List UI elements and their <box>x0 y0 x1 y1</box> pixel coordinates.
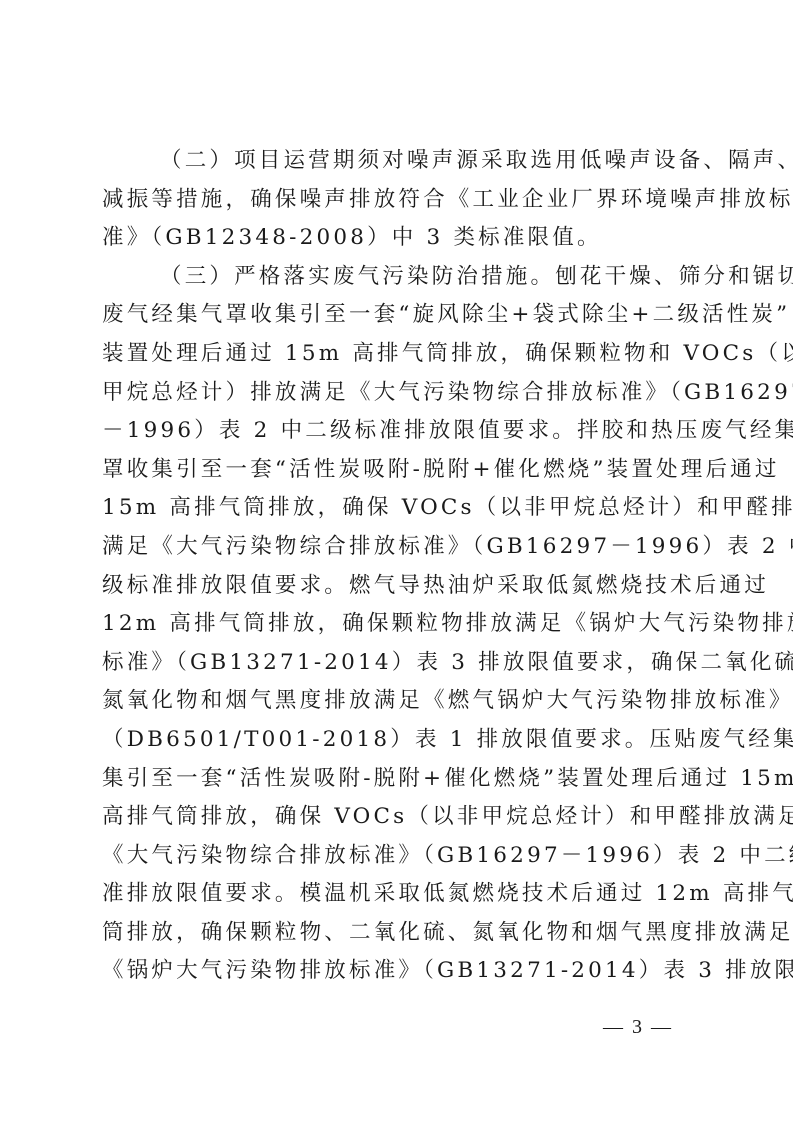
text-line: 罩收集引至一套“活性炭吸附-脱附+催化燃烧”装置处理后通过 <box>102 451 694 490</box>
text-line: （二）项目运营期须对噪声源采取选用低噪声设备、隔声、 <box>102 142 694 181</box>
text-line: 《大气污染物综合排放标准》（GB16297－1996）表 2 中二级标 <box>102 837 694 876</box>
document-page: （二）项目运营期须对噪声源采取选用低噪声设备、隔声、 减振等措施，确保噪声排放符… <box>102 142 694 991</box>
text-line: 标准》（GB13271-2014）表 3 排放限值要求，确保二氧化硫、 <box>102 644 694 683</box>
text-line: 装置处理后通过 15m 高排气筒排放，确保颗粒物和 VOCs（以非 <box>102 335 694 374</box>
page-number: — 3 — <box>603 1016 673 1039</box>
text-line: －1996）表 2 中二级标准排放限值要求。拌胶和热压废气经集气 <box>102 412 694 451</box>
text-line: 12m 高排气筒排放，确保颗粒物排放满足《锅炉大气污染物排放 <box>102 605 694 644</box>
text-line: 集引至一套“活性炭吸附-脱附+催化燃烧”装置处理后通过 15m <box>102 760 694 799</box>
text-line: 甲烷总烃计）排放满足《大气污染物综合排放标准》（GB16297 <box>102 374 694 413</box>
text-line: 满足《大气污染物综合排放标准》（GB16297－1996）表 2 中二 <box>102 528 694 567</box>
paragraph-exhaust-gas-control: （三）严格落实废气污染防治措施。刨花干燥、筛分和锯切 废气经集气罩收集引至一套“… <box>102 258 694 991</box>
text-line: （三）严格落实废气污染防治措施。刨花干燥、筛分和锯切 <box>102 258 694 297</box>
text-line: 《锅炉大气污染物排放标准》（GB13271-2014）表 3 排放限值 <box>102 952 694 991</box>
text-line: 15m 高排气筒排放，确保 VOCs（以非甲烷总烃计）和甲醛排放 <box>102 489 694 528</box>
text-line: 废气经集气罩收集引至一套“旋风除尘+袋式除尘+二级活性炭” <box>102 296 694 335</box>
paragraph-noise-control: （二）项目运营期须对噪声源采取选用低噪声设备、隔声、 减振等措施，确保噪声排放符… <box>102 142 694 258</box>
text-line: 准》（GB12348-2008）中 3 类标准限值。 <box>102 219 694 258</box>
text-line: 氮氧化物和烟气黑度排放满足《燃气锅炉大气污染物排放标准》 <box>102 682 694 721</box>
text-line: 级标准排放限值要求。燃气导热油炉采取低氮燃烧技术后通过 <box>102 567 694 606</box>
text-line: 准排放限值要求。模温机采取低氮燃烧技术后通过 12m 高排气 <box>102 875 694 914</box>
text-line: 减振等措施，确保噪声排放符合《工业企业厂界环境噪声排放标 <box>102 181 694 220</box>
text-line: 筒排放，确保颗粒物、二氧化硫、氮氧化物和烟气黑度排放满足 <box>102 914 694 953</box>
text-line: （DB6501/T001-2018）表 1 排放限值要求。压贴废气经集气罩收 <box>102 721 694 760</box>
text-line: 高排气筒排放，确保 VOCs（以非甲烷总烃计）和甲醛排放满足 <box>102 798 694 837</box>
